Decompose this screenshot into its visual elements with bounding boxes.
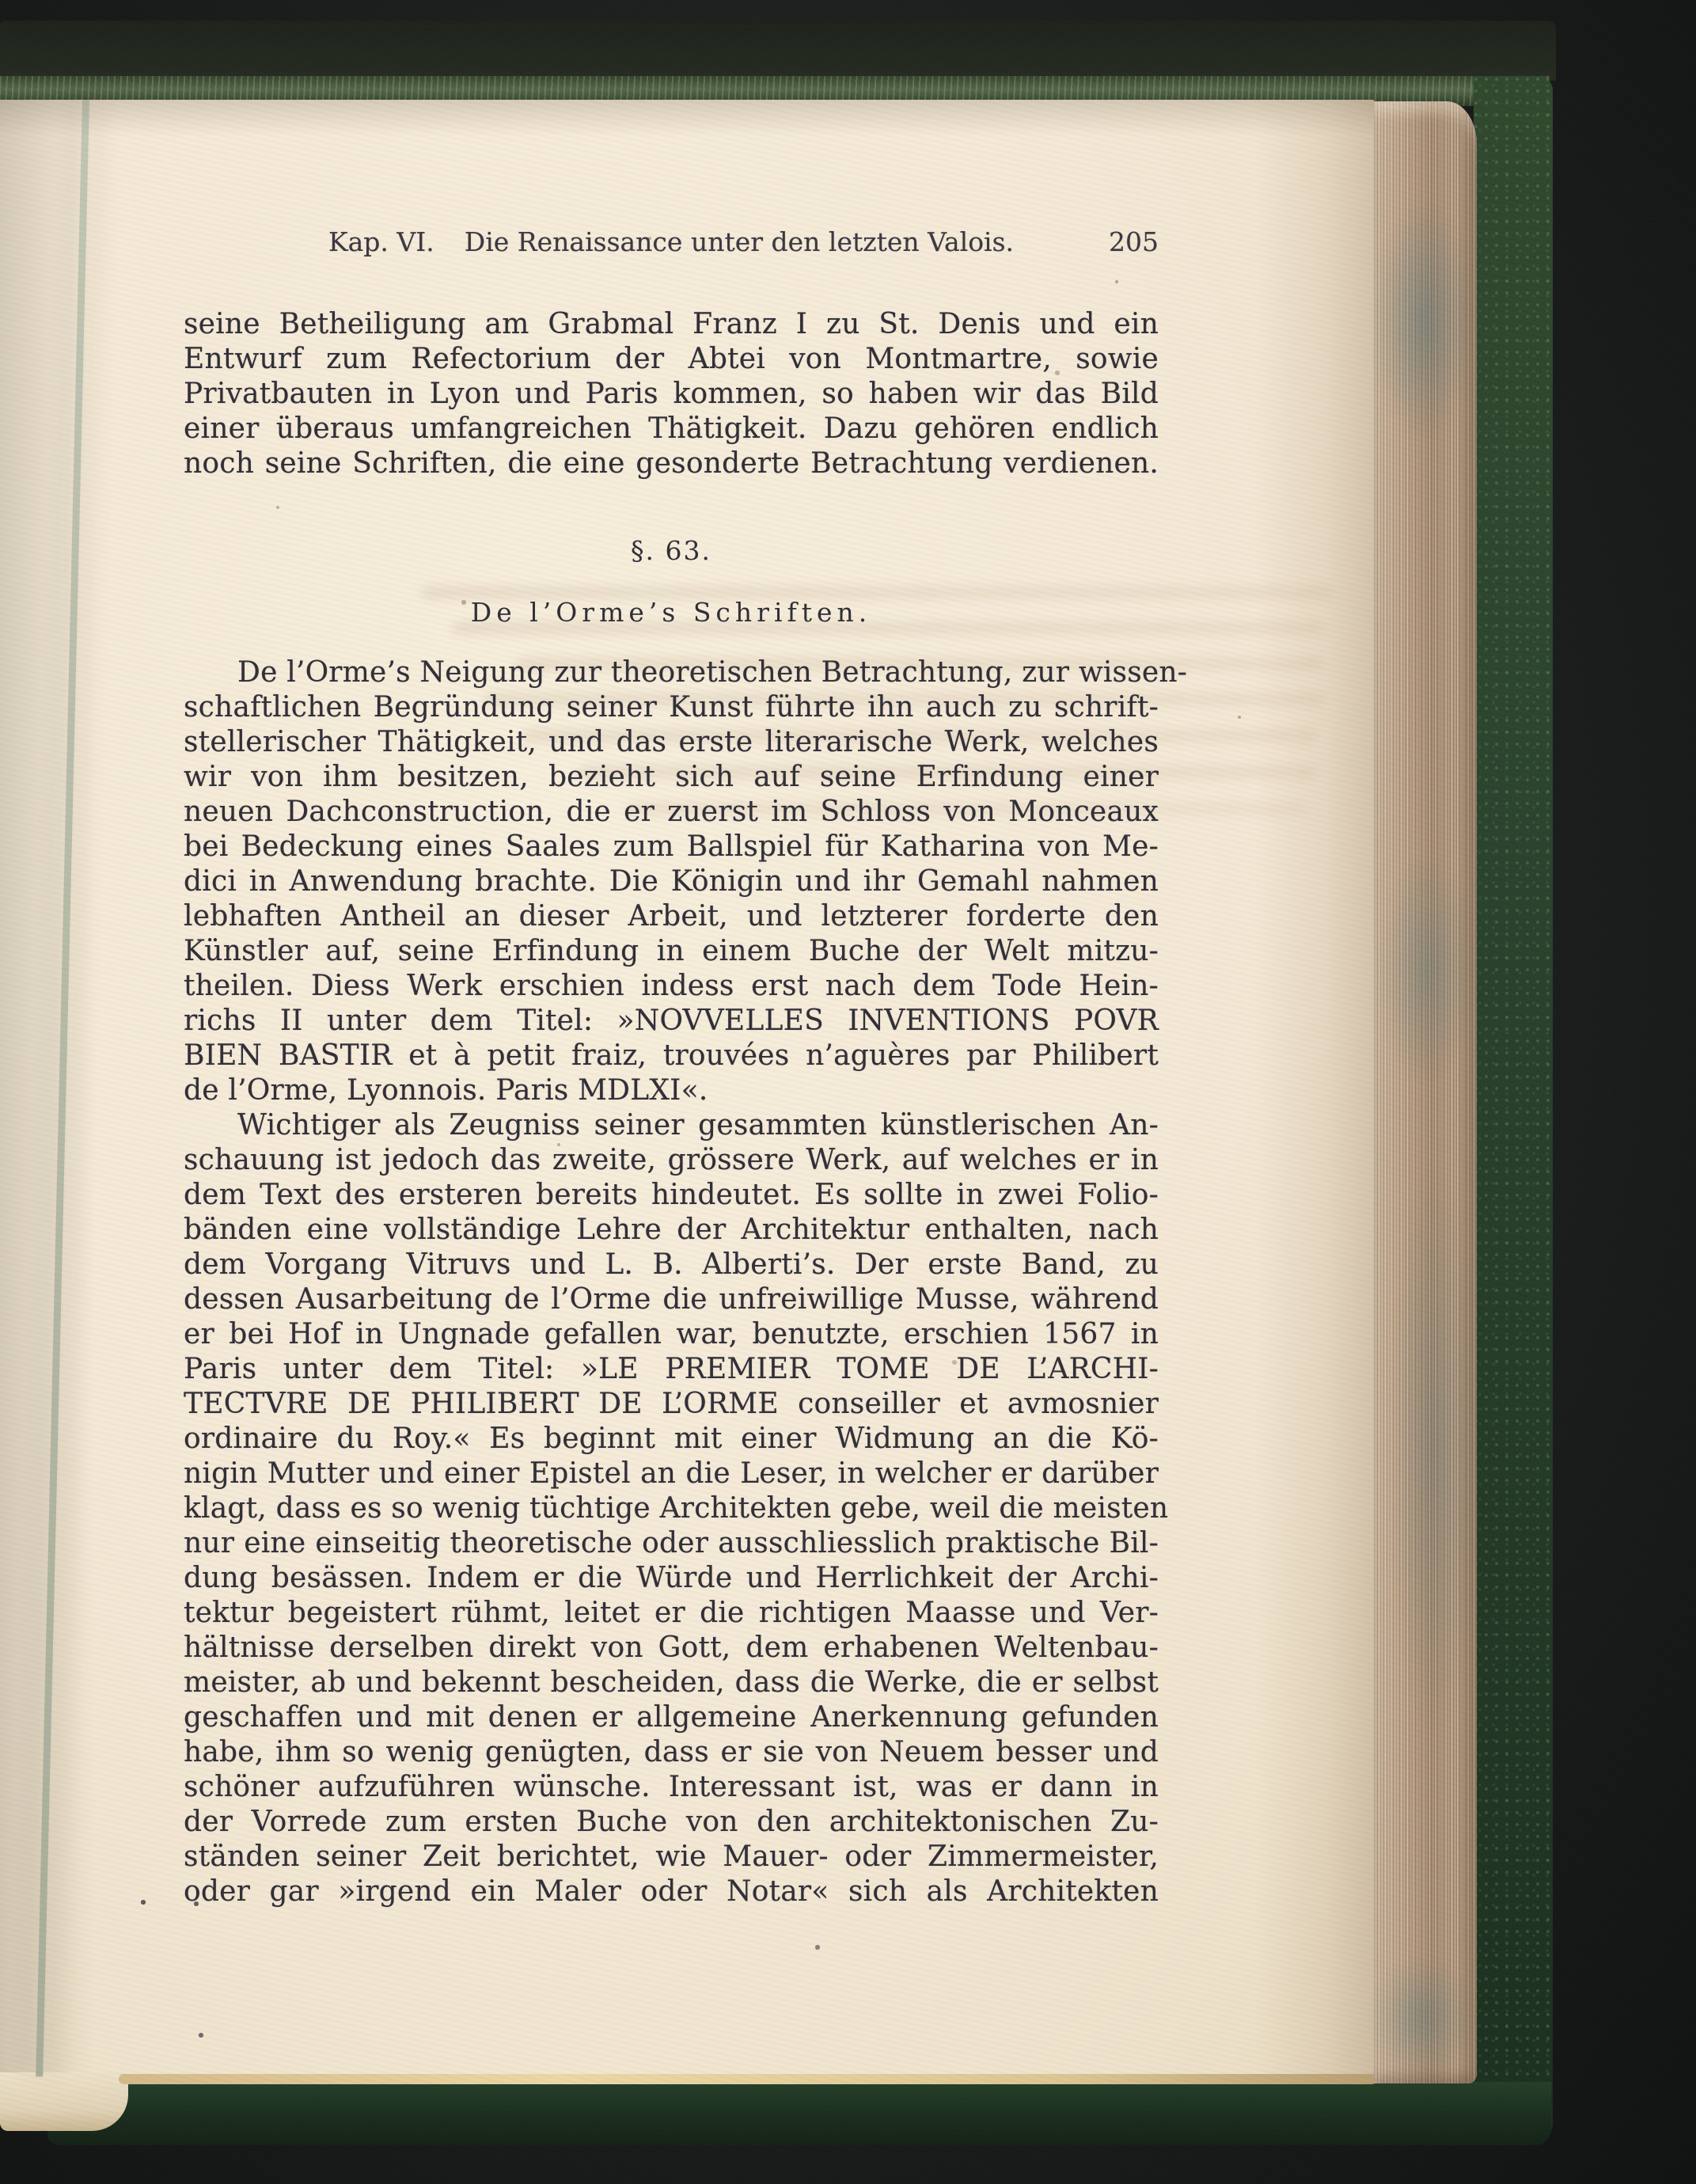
text-line: theilen. Diess Werk erschien indess erst… (184, 969, 1159, 1004)
text-line: Wichtiger als Zeugniss seiner gesammten … (184, 1108, 1159, 1143)
text-line: schöner aufzuführen wünsche. Interessant… (184, 1770, 1159, 1805)
text-line: oder gar »irgend ein Maler oder Notar« s… (184, 1874, 1159, 1909)
text-line: richs II unter dem Titel: »NOVVELLES INV… (184, 1004, 1159, 1039)
text-line: ordinaire du Roy.« Es beginnt mit einer … (184, 1422, 1159, 1457)
text-line: seine Betheiligung am Grabmal Franz I zu… (184, 307, 1159, 342)
text-line: er bei Hof in Ungnade gefallen war, benu… (184, 1317, 1159, 1352)
page-text-block: Kap. VI.Die Renaissance unter den letzte… (184, 100, 1159, 1984)
section-title: De l’Orme’s Schriften. (184, 597, 1159, 628)
text-line: habe, ihm so wenig genügten, dass er sie… (184, 1735, 1159, 1770)
section-number: §. 63. (184, 535, 1159, 566)
text-line: hältnisse derselben direkt von Gott, dem… (184, 1631, 1159, 1666)
text-line: noch seine Schriften, die eine gesondert… (184, 446, 1159, 481)
text-line: schaftlichen Begründung seiner Kunst füh… (184, 690, 1159, 725)
paragraph: Wichtiger als Zeugniss seiner gesammten … (184, 1108, 1159, 1909)
running-header: Kap. VI.Die Renaissance unter den letzte… (184, 226, 1159, 261)
book-cover-right (1474, 76, 1553, 2144)
text-line: Künstler auf, seine Erfindung in einem B… (184, 934, 1159, 969)
text-line: wir von ihm besitzen, bezieht sich auf s… (184, 760, 1159, 795)
text-line: einer überaus umfangreichen Thätigkeit. … (184, 412, 1159, 446)
text-line: De l’Orme’s Neigung zur theoretischen Be… (184, 655, 1159, 690)
paper-specks (0, 0, 2, 2)
paragraph: seine Betheiligung am Grabmal Franz I zu… (184, 307, 1159, 481)
fore-edge-page-stack (1374, 101, 1477, 2083)
text-line: meister, ab und bekennt bescheiden, dass… (184, 1666, 1159, 1700)
book-cover-top (0, 21, 1556, 81)
text-line: klagt, dass es so wenig tüchtige Archite… (184, 1491, 1159, 1526)
chapter-label: Kap. VI. (328, 226, 434, 257)
text-line: Privatbauten in Lyon und Paris kommen, s… (184, 377, 1159, 412)
text-line: dem Text des ersteren bereits hindeutet.… (184, 1178, 1159, 1213)
text-line: schauung ist jedoch das zweite, grössere… (184, 1143, 1159, 1178)
book-photograph: Kap. VI.Die Renaissance unter den letzte… (0, 0, 1696, 2184)
text-line: geschaffen und mit denen er allgemeine A… (184, 1700, 1159, 1735)
text-line: dung besässen. Indem er die Würde und He… (184, 1561, 1159, 1596)
text-line: dici in Anwendung brachte. Die Königin u… (184, 864, 1159, 899)
text-line: lebhaften Antheil an dieser Arbeit, und … (184, 899, 1159, 934)
text-line: bei Bedeckung eines Saales zum Ballspiel… (184, 830, 1159, 864)
page-number: 205 (1109, 226, 1159, 257)
text-line: bänden eine vollständige Lehre der Archi… (184, 1213, 1159, 1248)
text-line: Paris unter dem Titel: »LE PREMIER TOME … (184, 1352, 1159, 1387)
text-line: neuen Dachconstruction, die er zuerst im… (184, 795, 1159, 830)
text-line: nur eine einseitig theoretische oder aus… (184, 1526, 1159, 1561)
text-line: BIEN BASTIR et à petit fraiz, trouvées n… (184, 1039, 1159, 1073)
text-line: dessen Ausarbeitung de l’Orme die unfrei… (184, 1282, 1159, 1317)
text-line: tektur begeistert rühmt, leitet er die r… (184, 1596, 1159, 1631)
running-header-title: Kap. VI.Die Renaissance unter den letzte… (184, 226, 1159, 257)
text-line: de l’Orme, Lyonnois. Paris MDLXI«. (184, 1073, 1159, 1108)
text-line: stellerischer Thätigkeit, und das erste … (184, 725, 1159, 760)
text-line: der Vorrede zum ersten Buche von den arc… (184, 1805, 1159, 1840)
text-line: Entwurf zum Refectorium der Abtei von Mo… (184, 342, 1159, 377)
text-line: nigin Mutter und einer Epistel an die Le… (184, 1457, 1159, 1491)
paragraph: De l’Orme’s Neigung zur theoretischen Be… (184, 655, 1159, 1108)
page-right-shadow (1254, 100, 1374, 2083)
page-bottom-edge (119, 2074, 1377, 2084)
text-line: ständen seiner Zeit berichtet, wie Mauer… (184, 1840, 1159, 1874)
book-cover-bottom (47, 2082, 1551, 2145)
facing-page-corner (0, 2072, 128, 2131)
text-line: TECTVRE DE PHILIBERT DE L’ORME conseille… (184, 1387, 1159, 1422)
chapter-title: Die Renaissance unter den letzten Valois… (465, 226, 1014, 257)
text-line: dem Vorgang Vitruvs und L. B. Alberti’s.… (184, 1248, 1159, 1282)
